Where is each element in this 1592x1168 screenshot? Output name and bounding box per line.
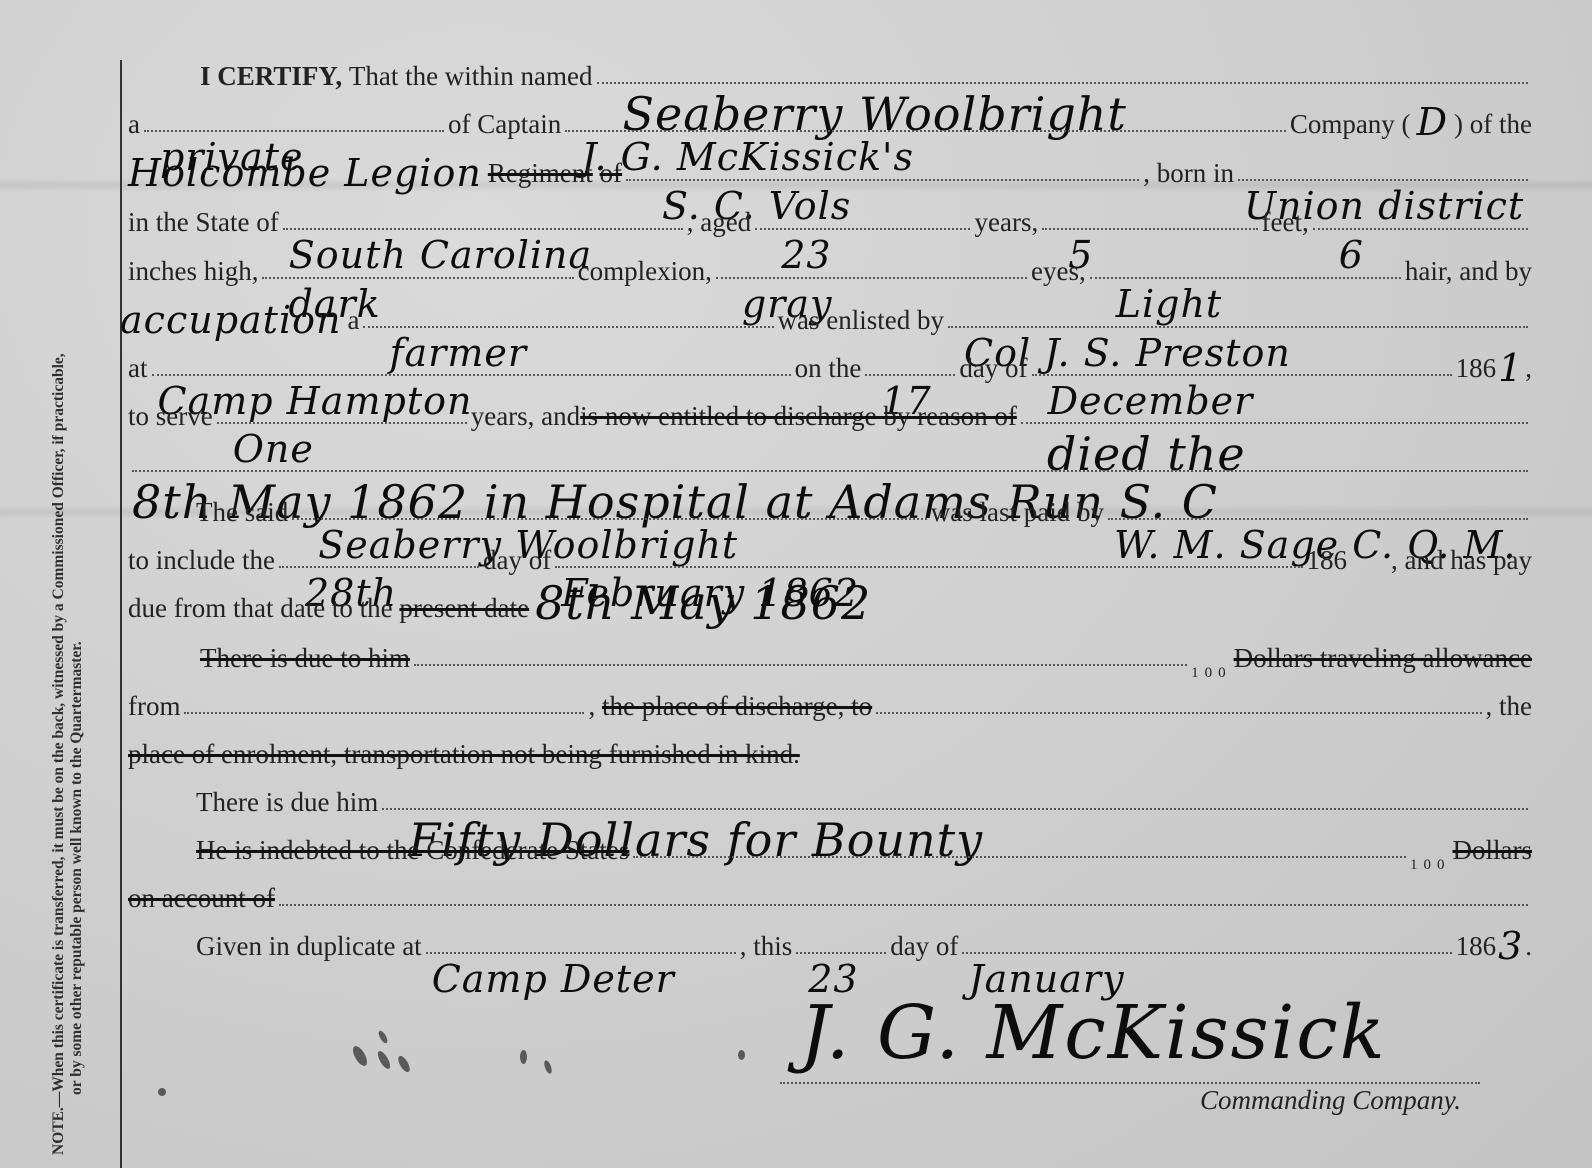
commander-signature: J. G. McKissick xyxy=(800,990,1387,1076)
name-field: Seaberry Woolbright xyxy=(597,81,1528,84)
company-label: Company ( xyxy=(1290,109,1411,140)
struck-indebted: He is indebted to the Confederate States xyxy=(196,835,629,866)
within-named-label: That the within named xyxy=(349,61,593,92)
enlister-field: Col J. S. Preston xyxy=(948,325,1528,328)
year-prefix: 186 xyxy=(1456,353,1497,384)
line-reason-continued: 8th May 1862 in Hospital at Adams Run S.… xyxy=(128,432,1532,480)
bounty-field: Fifty Dollars for Bounty xyxy=(382,807,1528,810)
line-given: Given in duplicate at Camp Deter , this … xyxy=(196,914,1532,962)
complexion-field: dark xyxy=(262,276,573,279)
side-note-line2: or by some other reputable person well k… xyxy=(68,55,86,1155)
enlisted-by-label: was enlisted by xyxy=(778,305,944,336)
paid-month-field: February 1862 xyxy=(555,565,1302,568)
line-enrolment: place of enrolment, transportation not b… xyxy=(128,722,1532,770)
comma: , xyxy=(1525,353,1532,384)
given-month-field: January xyxy=(962,951,1451,954)
line-occupation: accupation a farmer was enlisted by Col … xyxy=(120,288,1532,336)
due-from-label: due from that date to the xyxy=(128,593,393,624)
paymaster-field: W. M. Sage C. Q. M. xyxy=(1108,517,1528,520)
ink-smudge xyxy=(520,1050,527,1064)
place-field: Camp Hampton xyxy=(152,373,791,376)
given-day-field: 23 xyxy=(796,951,886,954)
line-complexion: inches high, dark complexion, gray eyes,… xyxy=(128,239,1532,287)
years-label: years, xyxy=(974,207,1038,238)
ink-smudge xyxy=(350,1044,370,1068)
of-label: of xyxy=(600,158,623,189)
legion-value: Holcombe Legion xyxy=(128,151,488,195)
document-page: NOTE.—When this certificate is transferr… xyxy=(0,0,1592,1168)
feet-field: 5 xyxy=(1042,227,1257,230)
given-label: Given in duplicate at xyxy=(196,931,422,962)
day-of-label: day of xyxy=(959,353,1027,384)
line-due-him: There is due him Fifty Dollars for Bount… xyxy=(196,770,1532,818)
the-label: , the xyxy=(1486,691,1533,722)
line-certify: I CERTIFY, That the within named Seaberr… xyxy=(200,44,1532,92)
line-enlistment-date: at Camp Hampton on the 17 day of Decembe… xyxy=(128,336,1532,384)
company-letter: D xyxy=(1411,100,1454,144)
include-label: to include the xyxy=(128,545,275,576)
reason-field: died the xyxy=(1021,421,1528,424)
on-the-label: on the xyxy=(795,353,862,384)
given-place-field: Camp Deter xyxy=(426,951,736,954)
year-prefix: 186 xyxy=(1307,545,1348,576)
unit-field: S. C. Vols xyxy=(626,178,1139,181)
struck-on-account-of: on account of xyxy=(128,883,275,914)
line-account: on account of xyxy=(128,866,1532,914)
of-the-label: ) of the xyxy=(1454,109,1532,140)
line-state: in the State of South Carolina , aged 23… xyxy=(128,190,1532,238)
said-name-field: Seaberry Woolbright xyxy=(292,517,927,520)
ink-smudge xyxy=(377,1029,389,1044)
day-of-label: day of xyxy=(483,545,551,576)
captain-label: of Captain xyxy=(448,109,561,140)
line-rank: a private of Captain J. G. McKissick's C… xyxy=(128,92,1532,140)
occupation-field: farmer xyxy=(363,325,773,328)
indebted-field xyxy=(633,855,1406,858)
this-label: , this xyxy=(740,931,793,962)
a-label: a xyxy=(128,109,140,140)
line-from: from , the place of discharge, to , the xyxy=(128,674,1532,722)
due-him-label: There is due him xyxy=(196,787,378,818)
certify-heading: I CERTIFY, xyxy=(200,61,342,92)
at-label: at xyxy=(128,353,148,384)
born-in-label: , born in xyxy=(1143,158,1234,189)
day-field: 17 xyxy=(865,373,955,376)
complexion-label: complexion, xyxy=(578,256,712,287)
ink-smudge xyxy=(396,1054,412,1074)
day-of-label: day of xyxy=(890,931,958,962)
ink-smudge xyxy=(158,1088,166,1096)
year-digit: 3 xyxy=(1496,924,1525,968)
struck-dollars: Dollars xyxy=(1453,835,1532,866)
line-due-from: due from that date to the present date 8… xyxy=(128,576,1532,624)
struck-present-date: present date xyxy=(399,593,529,624)
to-field xyxy=(876,711,1481,714)
signature-line xyxy=(780,1082,1480,1084)
side-note-line1: NOTE.—When this certificate is transferr… xyxy=(50,55,68,1155)
paid-day-field: 28th xyxy=(279,565,479,568)
has-pay-label: , and has pay xyxy=(1347,545,1532,576)
ink-smudge xyxy=(738,1050,745,1060)
captain-field: J. G. McKissick's xyxy=(565,129,1286,132)
eyes-label: eyes, xyxy=(1031,256,1086,287)
term-field: One xyxy=(217,421,467,424)
struck-discharge-text: is now entitled to discharge by reason o… xyxy=(580,401,1017,432)
state-field: South Carolina xyxy=(283,227,683,230)
inches-high-label: inches high, xyxy=(128,256,258,287)
struck-enrolment-text: place of enrolment, transportation not b… xyxy=(128,739,800,770)
ink-smudge xyxy=(376,1049,393,1070)
inches-field: 6 xyxy=(1313,227,1528,230)
to-serve-label: to serve xyxy=(128,401,213,432)
reason-continued-value: 8th May 1862 in Hospital at Adams Run S.… xyxy=(126,475,1224,476)
hair-label: hair, and by xyxy=(1405,256,1532,287)
margin-rule xyxy=(120,60,122,1168)
bounty-value: Fifty Dollars for Bounty xyxy=(402,813,989,814)
state-label: in the State of xyxy=(128,207,279,238)
years-and-label: years, and xyxy=(471,401,580,432)
struck-traveling-allowance: Dollars traveling allowance xyxy=(1234,643,1532,674)
side-note: NOTE.—When this certificate is transferr… xyxy=(50,55,86,1155)
struck-place-of-discharge: the place of discharge, to xyxy=(602,691,872,722)
rank-field: private xyxy=(144,129,444,132)
reason-value: died the xyxy=(1041,427,1252,428)
line-last-paid: The said Seaberry Woolbright was last pa… xyxy=(196,480,1532,528)
hair-field: Light xyxy=(1090,276,1401,279)
account-field xyxy=(279,903,1528,906)
month-field: December xyxy=(1032,373,1452,376)
line-traveling: There is due to him 100 Dollars travelin… xyxy=(200,626,1532,674)
age-field: 23 xyxy=(755,227,970,230)
struck-due-to-him: There is due to him xyxy=(200,643,410,674)
feet-label: feet, xyxy=(1262,207,1309,238)
regiment-label: Regiment xyxy=(488,158,593,189)
due-date-value: 8th May 1862 xyxy=(529,576,877,630)
from-field xyxy=(184,711,584,714)
aged-label: , aged xyxy=(687,207,751,238)
from-label: from xyxy=(128,691,180,722)
line-indebted: He is indebted to the Confederate States… xyxy=(196,818,1532,866)
a-label: a xyxy=(347,305,359,336)
line-include: to include the 28th day of February 1862… xyxy=(128,528,1532,576)
birthplace-field: Union district xyxy=(1238,178,1528,181)
last-paid-label: was last paid by xyxy=(931,497,1104,528)
eyes-field: gray xyxy=(716,276,1027,279)
traveling-amount-field xyxy=(414,663,1187,666)
line-term: to serve One years, and is now entitled … xyxy=(128,384,1532,432)
ink-smudge xyxy=(543,1059,553,1074)
year-prefix: 186 xyxy=(1456,931,1497,962)
period: . xyxy=(1525,931,1532,962)
commanding-company-label: Commanding Company. xyxy=(1200,1085,1461,1116)
reason-continued-field: 8th May 1862 in Hospital at Adams Run S.… xyxy=(132,469,1528,472)
line-regiment: Holcombe Legion Regiment of S. C. Vols ,… xyxy=(128,141,1532,189)
comma: , xyxy=(588,691,595,722)
the-said-label: The said xyxy=(196,497,288,528)
